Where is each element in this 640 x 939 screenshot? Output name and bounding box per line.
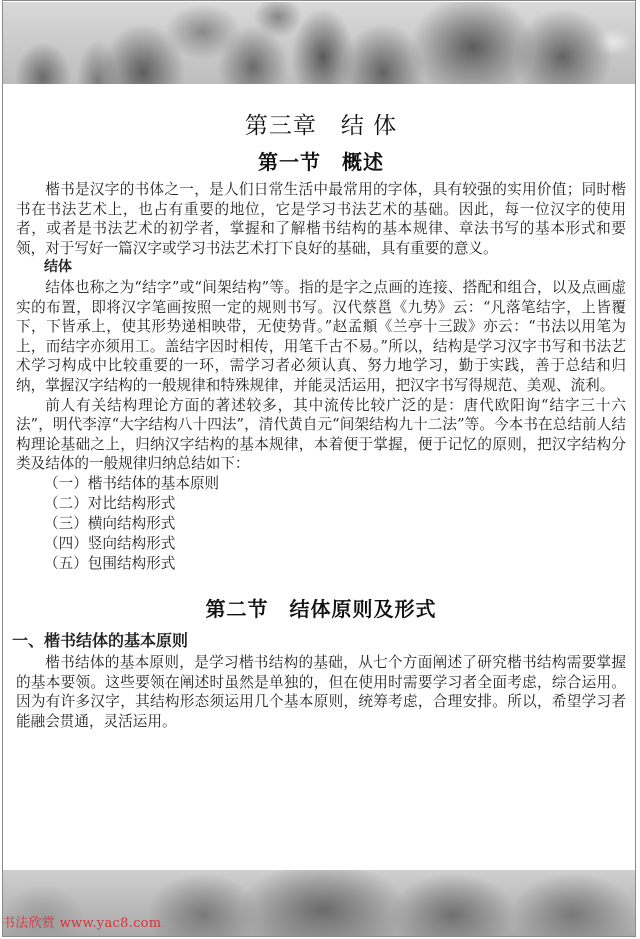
watermark-text: 书法欣赏 www.yac8.com	[2, 912, 161, 931]
intro-paragraph: 楷书是汉字的书体之一，是人们日常生活中最常用的字体，具有较强的实用价值；同时楷书…	[16, 180, 626, 258]
list-item: （一）楷书结体的基本原则	[44, 474, 626, 494]
structure-list: （一）楷书结体的基本原则 （二）对比结构形式 （三）横向结构形式 （四）竖向结构…	[16, 474, 626, 574]
subhead-structure: 结体	[16, 258, 626, 278]
page-content: 第三章 结 体 第一节 概述 楷书是汉字的书体之一，是人们日常生活中最常用的字体…	[16, 108, 626, 731]
heading-basic-principles: 一、楷书结体的基本原则	[12, 629, 626, 653]
section-title-principles: 第二节 结体原则及形式	[16, 591, 626, 627]
list-item: （五）包围结构形式	[44, 554, 626, 574]
structure-paragraph: 结体也称之为“结字”或“间架结构”等。指的是字之点画的连接、搭配和组合，以及点画…	[16, 278, 626, 396]
list-item: （三）横向结构形式	[44, 514, 626, 534]
list-item: （二）对比结构形式	[44, 494, 626, 514]
section-2: 第二节 结体原则及形式 一、楷书结体的基本原则 楷书结体的基本原则，是学习楷书结…	[16, 591, 626, 731]
list-item: （四）竖向结构形式	[44, 534, 626, 554]
section-title-overview: 第一节 概述	[16, 144, 626, 180]
landscape-painting-header	[3, 2, 635, 84]
theory-paragraph: 前人有关结构理论方面的著述较多，其中流传比较广泛的是：唐代欧阳询“结字三十六法”…	[16, 396, 626, 474]
principles-paragraph: 楷书结体的基本原则，是学习楷书结构的基础，从七个方面阐述了研究楷书结构需要掌握的…	[16, 653, 626, 731]
chapter-title: 第三章 结 体	[16, 108, 626, 144]
